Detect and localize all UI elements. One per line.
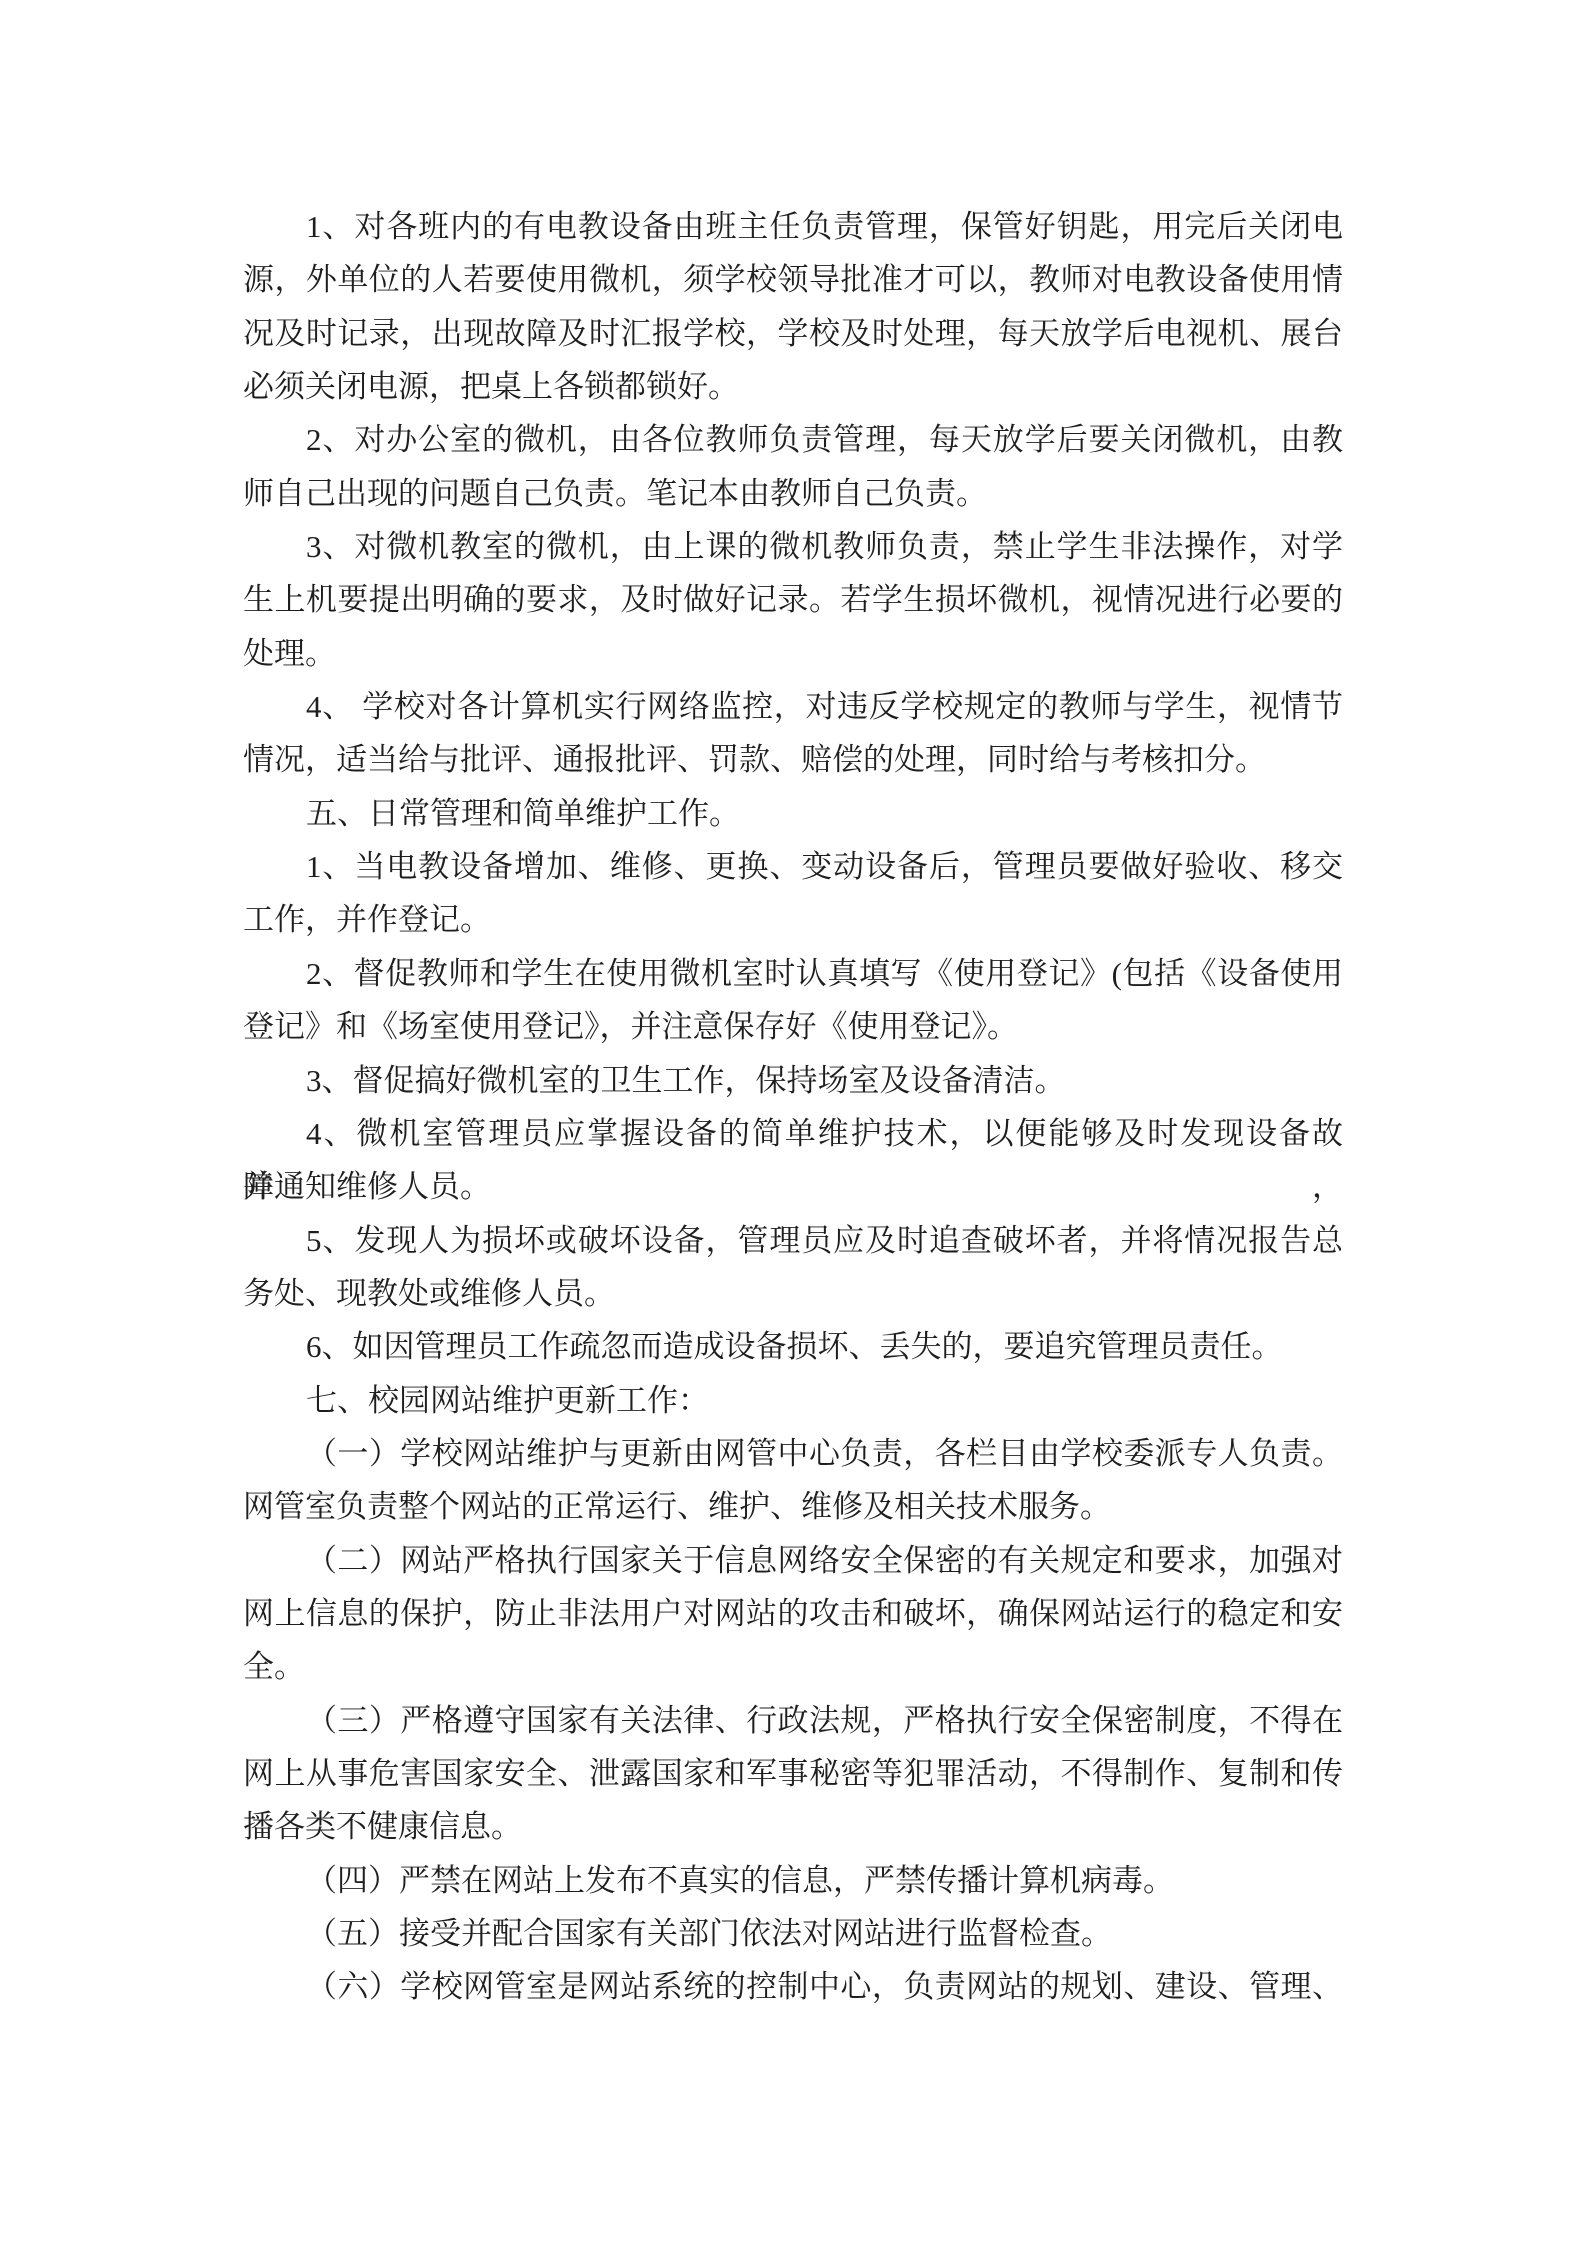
- text-line: 3、督促搞好微机室的卫生工作，保持场室及设备清洁。: [243, 1054, 1343, 1107]
- document-body: 1、对各班内的有电教设备由班主任负责管理，保管好钥匙，用完后关闭电源，外单位的人…: [243, 200, 1343, 2014]
- text-line: 务处、现教处或维修人员。: [243, 1267, 1343, 1320]
- document-page: 1、对各班内的有电教设备由班主任负责管理，保管好钥匙，用完后关闭电源，外单位的人…: [0, 0, 1587, 2245]
- text-line: 处理。: [243, 627, 1343, 680]
- text-line: 况及时记录，出现故障及时汇报学校，学校及时处理，每天放学后电视机、展台: [243, 307, 1343, 360]
- text-line: 全。: [243, 1640, 1343, 1693]
- text-line: （三）严格遵守国家有关法律、行政法规，严格执行安全保密制度，不得在: [243, 1694, 1343, 1747]
- text-line: 必须关闭电源，把桌上各锁都锁好。: [243, 360, 1343, 413]
- text-line: 师自己出现的问题自己负责。笔记本由教师自己负责。: [243, 467, 1343, 520]
- text-line: 源，外单位的人若要使用微机，须学校领导批准才可以，教师对电教设备使用情: [243, 253, 1343, 306]
- text-line: 网上从事危害国家安全、泄露国家和军事秘密等犯罪活动，不得制作、复制和传: [243, 1747, 1343, 1800]
- text-line: 情况，适当给与批评、通报批评、罚款、赔偿的处理，同时给与考核扣分。: [243, 733, 1343, 786]
- text-line: 5、发现人为损坏或破坏设备，管理员应及时追查破坏者，并将情况报告总: [243, 1214, 1343, 1267]
- text-line: 七、校园网站维护更新工作：: [243, 1374, 1343, 1427]
- text-line: 登记》和《场室使用登记》，并注意保存好《使用登记》。: [243, 1000, 1343, 1053]
- text-line: 1、对各班内的有电教设备由班主任负责管理，保管好钥匙，用完后关闭电: [243, 200, 1343, 253]
- text-line: 4、微机室管理员应掌握设备的简单维护技术，以便能够及时发现设备故障，: [243, 1107, 1343, 1160]
- text-line: （四）严禁在网站上发布不真实的信息，严禁传播计算机病毒。: [243, 1854, 1343, 1907]
- text-line: 播各类不健康信息。: [243, 1800, 1343, 1853]
- text-line: 工作，并作登记。: [243, 893, 1343, 946]
- text-line: （五）接受并配合国家有关部门依法对网站进行监督检查。: [243, 1907, 1343, 1960]
- text-line: 2、对办公室的微机，由各位教师负责管理，每天放学后要关闭微机，由教: [243, 413, 1343, 466]
- text-line: （一）学校网站维护与更新由网管中心负责，各栏目由学校委派专人负责。: [243, 1427, 1343, 1480]
- text-line: 2、督促教师和学生在使用微机室时认真填写《使用登记》(包括《设备使用: [243, 947, 1343, 1000]
- text-line: 1、当电教设备增加、维修、更换、变动设备后，管理员要做好验收、移交: [243, 840, 1343, 893]
- text-line: 生上机要提出明确的要求，及时做好记录。若学生损坏微机，视情况进行必要的: [243, 573, 1343, 626]
- text-line: （六）学校网管室是网站系统的控制中心，负责网站的规划、建设、管理、: [243, 1960, 1343, 2013]
- text-line: 网上信息的保护，防止非法用户对网站的攻击和破坏，确保网站运行的稳定和安: [243, 1587, 1343, 1640]
- text-line: 五、日常管理和简单维护工作。: [243, 787, 1343, 840]
- text-line: 3、对微机教室的微机，由上课的微机教师负责，禁止学生非法操作，对学: [243, 520, 1343, 573]
- text-line: 4、 学校对各计算机实行网络监控，对违反学校规定的教师与学生，视情节: [243, 680, 1343, 733]
- text-line: 6、如因管理员工作疏忽而造成设备损坏、丢失的，要追究管理员责任。: [243, 1320, 1343, 1373]
- text-line: （二）网站严格执行国家关于信息网络安全保密的有关规定和要求，加强对: [243, 1534, 1343, 1587]
- text-line: 网管室负责整个网站的正常运行、维护、维修及相关技术服务。: [243, 1480, 1343, 1533]
